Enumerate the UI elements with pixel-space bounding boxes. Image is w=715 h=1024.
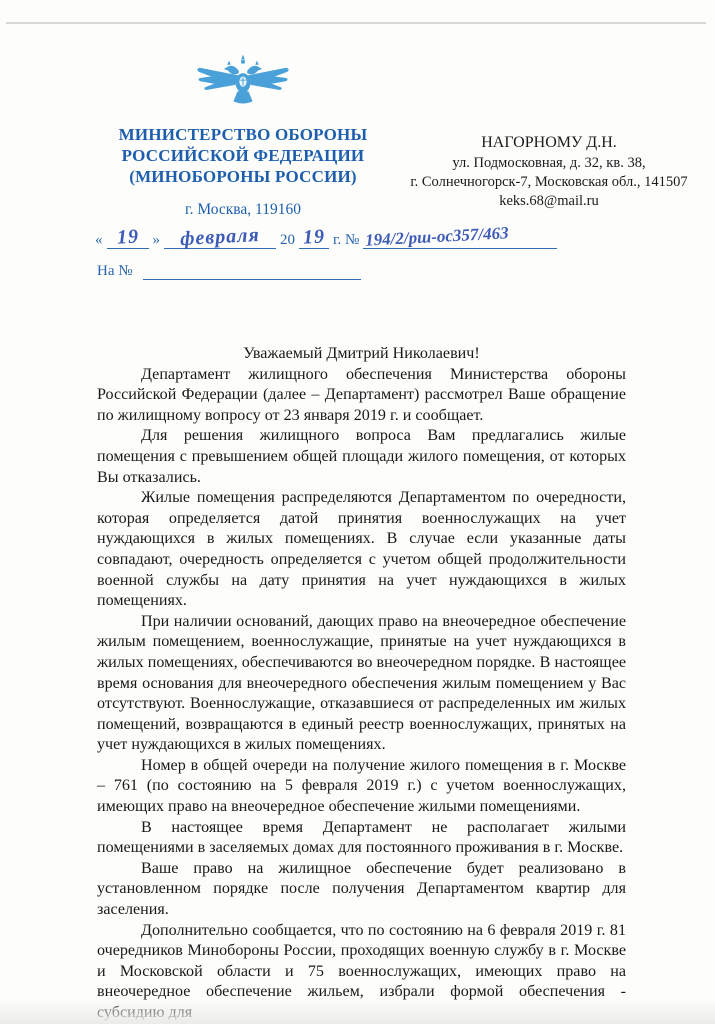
date-day-slot: 19 (107, 226, 149, 249)
sender-title-line1: МИНИСТЕРСТВО ОБОРОНЫ (95, 124, 391, 145)
letter-body: Уважаемый Дмитрий Николаевич! Департамен… (97, 344, 626, 1024)
date-month-slot: февраля (164, 226, 276, 249)
sender-city: г. Москва, 119160 (95, 201, 391, 219)
close-quote: » (153, 232, 161, 249)
sender-title-line2: РОССИЙСКОЙ ФЕДЕРАЦИИ (95, 145, 391, 166)
outgoing-number-slot: 194/2/рш-ос357/463 (363, 226, 557, 249)
paragraph: Жилые помещения распределяются Департаме… (97, 488, 626, 612)
sender-title-line3: (МИНОБОРОНЫ РОССИИ) (95, 166, 391, 187)
scan-edge-artifact-bottom (0, 998, 715, 1024)
handwritten-month: февраля (180, 226, 261, 248)
open-quote: « (95, 232, 103, 249)
salutation: Уважаемый Дмитрий Николаевич! (97, 344, 626, 365)
letter-page: МИНИСТЕРСТВО ОБОРОНЫ РОССИЙСКОЙ ФЕДЕРАЦИ… (0, 0, 715, 1024)
recipient-name: НАГОРНОМУ Д.Н. (388, 133, 710, 152)
date-year-slot: 19 (299, 226, 329, 249)
sender-block: МИНИСТЕРСТВО ОБОРОНЫ РОССИЙСКОЙ ФЕДЕРАЦИ… (95, 50, 391, 219)
recipient-block: НАГОРНОМУ Д.Н. ул. Подмосковная, д. 32, … (388, 133, 710, 211)
reference-number-line: На № (97, 263, 361, 280)
year-prefix: 20 (280, 232, 295, 249)
paragraph: Департамент жилищного обеспечения Минист… (97, 365, 626, 427)
ministry-emblem-icon (195, 50, 291, 118)
handwritten-outgoing-number: 194/2/рш-ос357/463 (365, 224, 509, 249)
handwritten-year: 19 (303, 227, 326, 246)
reference-label: На № (97, 263, 133, 280)
paragraph: Ваше право на жилищное обеспечение будет… (97, 859, 626, 921)
recipient-address-line2: г. Солнечногорск-7, Московская обл., 141… (388, 173, 710, 192)
paragraph: Для решения жилищного вопроса Вам предла… (97, 426, 626, 488)
reference-blank-underline (143, 263, 361, 280)
number-label: г. № (333, 232, 359, 249)
paragraph: При наличии оснований, дающих право на в… (97, 612, 626, 756)
paragraph: В настоящее время Департамент не распола… (97, 818, 626, 859)
paragraph: Номер в общей очереди на получение жилог… (97, 756, 626, 818)
recipient-address-line1: ул. Подмосковная, д. 32, кв. 38, (388, 154, 710, 173)
handwritten-day: 19 (116, 227, 139, 246)
date-number-line: « 19 » февраля 20 19 г. № 194/2/рш-ос357… (95, 226, 655, 249)
recipient-email: keks.68@mail.ru (388, 192, 710, 211)
scan-edge-artifact-top (6, 22, 706, 24)
